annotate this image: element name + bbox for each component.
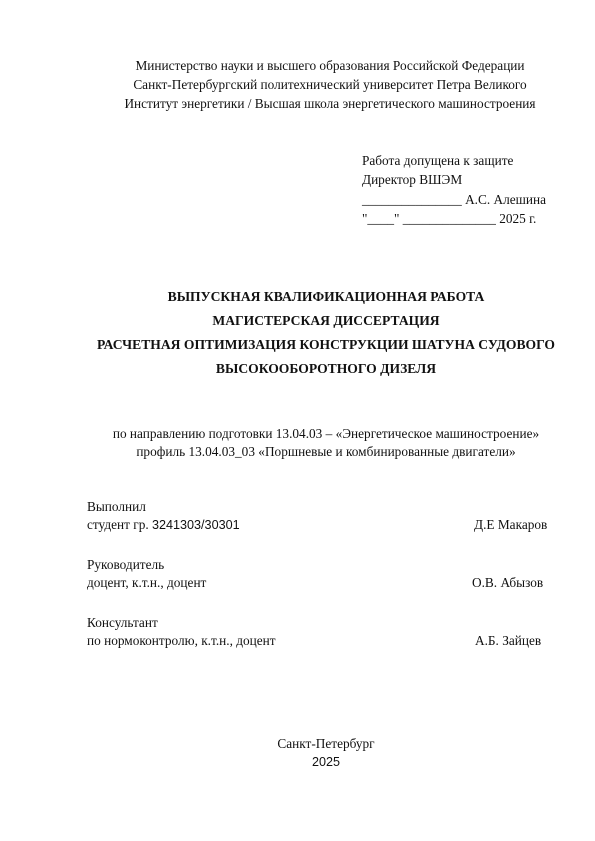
signature-role: Руководитель	[87, 557, 164, 573]
signature-name: Д.Е Макаров	[474, 517, 547, 533]
title-line-degree: МАГИСТЕРСКАЯ ДИССЕРТАЦИЯ	[0, 313, 595, 329]
footer-city: Санкт-Петербург	[0, 736, 595, 752]
footer-year: 2025	[0, 754, 595, 770]
signature-blank: _______________	[362, 192, 462, 207]
direction-line: по направлению подготовки 13.04.03 – «Эн…	[0, 426, 595, 442]
signature-name: О.В. Абызов	[472, 575, 543, 591]
approval-date-line: "____" ______________ 2025 г.	[362, 211, 536, 227]
date-year: 2025 г.	[499, 211, 536, 226]
group-number: 3241303/30301	[152, 518, 240, 532]
signature-role: Выполнил	[87, 499, 146, 515]
signature-position: студент гр. 3241303/30301	[87, 517, 240, 533]
signature-role: Консультант	[87, 615, 158, 631]
title-line-work-type: ВЫПУСКНАЯ КВАЛИФИКАЦИОННАЯ РАБОТА	[0, 289, 595, 305]
approval-admitted: Работа допущена к защите	[362, 153, 513, 169]
signature-position: доцент, к.т.н., доцент	[87, 575, 206, 591]
approval-director-title: Директор ВШЭМ	[362, 172, 462, 188]
profile-line: профиль 13.04.03_03 «Поршневые и комбини…	[0, 444, 595, 460]
university-line: Санкт-Петербургский политехнический унив…	[0, 77, 595, 93]
date-day-blank: "____"	[362, 211, 399, 226]
title-line-topic-2: ВЫСОКООБОРОТНОГО ДИЗЕЛЯ	[0, 361, 595, 377]
signature-position: по нормоконтролю, к.т.н., доцент	[87, 633, 276, 649]
institute-line: Институт энергетики / Высшая школа энерг…	[0, 96, 595, 112]
ministry-line: Министерство науки и высшего образования…	[0, 58, 595, 74]
signature-name: А.Б. Зайцев	[475, 633, 541, 649]
date-month-blank: ______________	[403, 211, 496, 226]
director-name: А.С. Алешина	[465, 192, 546, 207]
title-line-topic-1: РАСЧЕТНАЯ ОПТИМИЗАЦИЯ КОНСТРУКЦИИ ШАТУНА…	[0, 337, 595, 353]
approval-signature-line: _______________ А.С. Алешина	[362, 192, 546, 208]
